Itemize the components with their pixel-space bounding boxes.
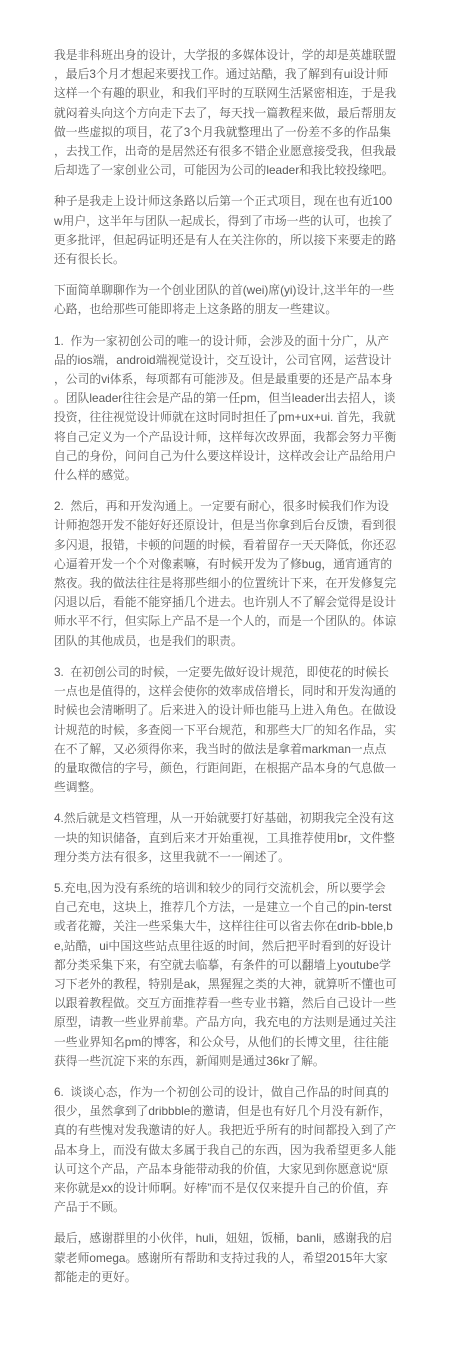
article-page: 我是非科班出身的设计，大学报的多媒体设计，学的却是英雄联盟，最后3个月才想起来要… [0, 0, 450, 1352]
paragraph-thanks: 最后，感谢群里的小伙伴，huli，妞妞，饭桶，banli，感谢我的启蒙老师ome… [54, 1229, 397, 1287]
paragraph-seed-project: 种子是我走上设计师这条路以后第一个正式项目，现在也有近100w用户，这半年与团队… [54, 192, 397, 269]
paragraph-tip-5: 5.充电,因为没有系统的培训和较少的同行交流机会，所以要学会自己充电，这块上，推… [54, 879, 397, 1071]
paragraph-tip-3: 3. 在初创公司的时候，一定要先做好设计规范，即使花的时候长一点也是值得的，这样… [54, 663, 397, 797]
paragraph-tip-4: 4.然后就是文档管理，从一开始就要打好基础，初期我完全没有这一块的知识储备，直到… [54, 809, 397, 867]
paragraph-tip-1: 1. 作为一家初创公司的唯一的设计师，会涉及的面十分广，从产品的ios端，and… [54, 332, 397, 486]
paragraph-intro: 我是非科班出身的设计，大学报的多媒体设计，学的却是英雄联盟，最后3个月才想起来要… [54, 46, 397, 180]
article-body: 我是非科班出身的设计，大学报的多媒体设计，学的却是英雄联盟，最后3个月才想起来要… [54, 46, 397, 1287]
paragraph-tip-2: 2. 然后，再和开发沟通上。一定要有耐心，很多时候我们作为设计师抱怨开发不能好好… [54, 497, 397, 651]
paragraph-lead-in: 下面简单聊聊作为一个创业团队的首(wei)席(yi)设计,这半年的一些心路，也给… [54, 281, 397, 319]
paragraph-tip-6: 6. 谈谈心态，作为一个初创公司的设计，做自己作品的时间真的很少，虽然拿到了dr… [54, 1083, 397, 1217]
